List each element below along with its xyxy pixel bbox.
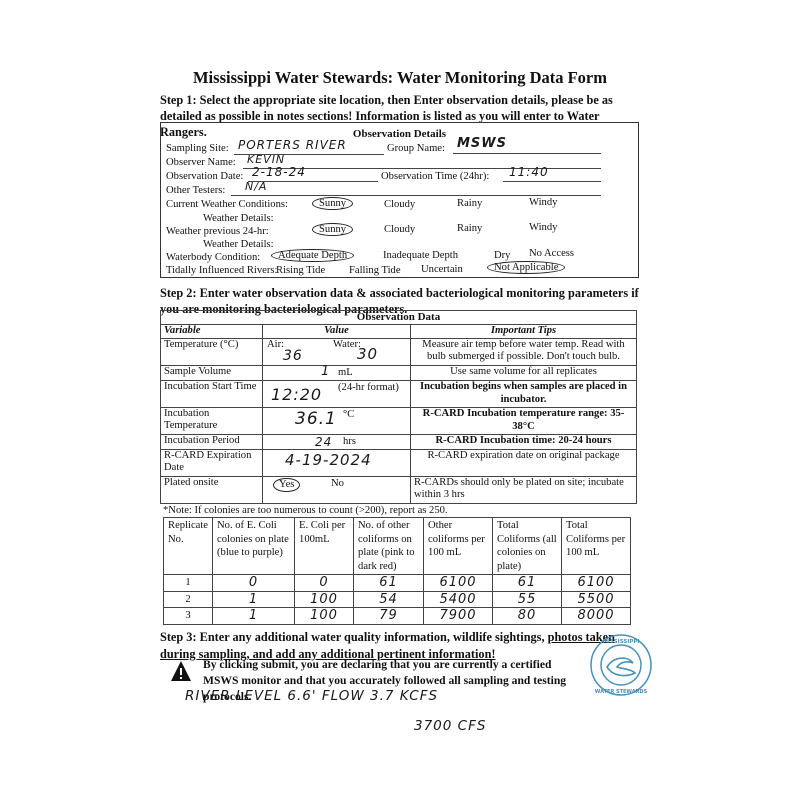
header-tips: Important Tips [411, 325, 637, 339]
prev-weather-cloudy[interactable]: Cloudy [384, 224, 415, 235]
rep-header-ecoli-colonies: No. of E. Coli colonies on plate (blue t… [213, 518, 295, 575]
rep-3-ecoli-colonies[interactable]: 1 [213, 608, 295, 625]
rep-3-total-per-100[interactable]: 8000 [562, 608, 631, 625]
group-name-field[interactable]: MSWS [453, 139, 601, 154]
waterbody-no-access[interactable]: No Access [529, 248, 574, 259]
rep-header-replicate: Replicate No. [164, 518, 213, 575]
expiration-label: R-CARD Expiration Date [161, 449, 263, 476]
plated-onsite-cell: Yes No [263, 476, 411, 503]
group-name-value: MSWS [457, 136, 507, 151]
logo-text-top: MISSISSIPPI [602, 639, 639, 645]
current-weather-windy[interactable]: Windy [529, 197, 557, 208]
incubation-start-cell[interactable]: 12:20 (24-hr format) [263, 380, 411, 407]
current-weather-rainy[interactable]: Rainy [457, 198, 482, 209]
rep-1-ecoli-per-100[interactable]: 0 [295, 575, 354, 592]
rep-2-total-per-100[interactable]: 5500 [562, 591, 631, 608]
prev-weather-rainy[interactable]: Rainy [457, 223, 482, 234]
incubation-period-tip: R-CARD Incubation time: 20-24 hours [411, 434, 637, 449]
rep-header-total-colonies: Total Coliforms (all colonies on plate) [493, 518, 562, 575]
incubation-temp-cell[interactable]: 36.1 °C [263, 407, 411, 434]
tidal-falling[interactable]: Falling Tide [349, 265, 401, 276]
other-testers-field[interactable]: N/A [231, 181, 601, 196]
observation-date-field[interactable]: 2-18-24 [248, 167, 378, 182]
notes-line-2[interactable]: 3700 CFS [414, 718, 486, 734]
plated-onsite-label: Plated onsite [161, 476, 263, 503]
incubation-start-unit: (24-hr format) [338, 382, 399, 395]
tidal-label: Tidally Influenced Rivers: [166, 265, 277, 276]
sampling-site-value: PORTERS RIVER [238, 138, 347, 152]
other-testers-label: Other Testers: [166, 185, 225, 196]
expiration-tip: R-CARD expiration date on original packa… [411, 449, 637, 476]
incubation-start-value: 12:20 [271, 389, 322, 402]
sample-volume-tip: Use same volume for all replicates [411, 365, 637, 380]
rep-1-ecoli-colonies[interactable]: 0 [213, 575, 295, 592]
air-label: Air: [267, 339, 284, 352]
incubation-period-value: 24 [315, 436, 332, 449]
rep-1-no: 1 [164, 575, 213, 592]
rep-header-other-colonies: No. of other coliforms on plate (pink to… [354, 518, 424, 575]
rep-1-other-colonies[interactable]: 61 [354, 575, 424, 592]
sample-volume-value: 1 [321, 366, 330, 379]
notes-line-1[interactable]: RIVER LEVEL 6.6' FLOW 3.7 KCFS [185, 688, 438, 704]
prev-weather-details-label: Weather Details: [203, 239, 274, 250]
tidal-not-applicable[interactable]: Not Applicable [487, 261, 565, 274]
rep-2-other-colonies[interactable]: 54 [354, 591, 424, 608]
prev-weather-sunny[interactable]: Sunny [312, 223, 353, 236]
incubation-period-unit: hrs [343, 436, 356, 449]
header-variable: Variable [161, 325, 263, 339]
incubation-temp-value: 36.1 [295, 413, 337, 426]
plated-onsite-tip: R-CARDs should only be plated on site; i… [411, 476, 637, 503]
incubation-start-tip: Incubation begins when samples are place… [411, 380, 637, 407]
rep-2-ecoli-colonies[interactable]: 1 [213, 591, 295, 608]
rep-3-ecoli-per-100[interactable]: 100 [295, 608, 354, 625]
other-testers-value: N/A [245, 180, 267, 193]
step3-text: Step 3: Enter any additional water quali… [160, 630, 548, 644]
logo-text-bottom: WATER STEWARDS [595, 689, 648, 695]
rep-2-total-colonies[interactable]: 55 [493, 591, 562, 608]
current-weather-cloudy[interactable]: Cloudy [384, 199, 415, 210]
observation-time-field[interactable]: 11:40 [503, 167, 601, 182]
plated-onsite-no[interactable]: No [331, 478, 344, 491]
sample-volume-label: Sample Volume [161, 365, 263, 380]
incubation-period-cell[interactable]: 24 hrs [263, 434, 411, 449]
replicate-row-3: 3 1 100 79 7900 80 8000 [164, 608, 631, 625]
warning-icon [170, 660, 192, 682]
rep-3-no: 3 [164, 608, 213, 625]
current-weather-details-label: Weather Details: [203, 213, 274, 224]
expiration-value: 4-19-2024 [285, 454, 372, 467]
rep-header-ecoli-per-100: E. Coli per 100mL [295, 518, 354, 575]
waterbody-adequate[interactable]: Adequate Depth [271, 249, 354, 262]
rep-2-no: 2 [164, 591, 213, 608]
rep-3-other-colonies[interactable]: 79 [354, 608, 424, 625]
mississippi-water-stewards-logo-icon: MISSISSIPPI WATER STEWARDS [589, 633, 653, 697]
observer-name-label: Observer Name: [166, 157, 236, 168]
incubation-start-label: Incubation Start Time [161, 380, 263, 407]
sampling-site-label: Sampling Site: [166, 143, 229, 154]
expiration-cell[interactable]: 4-19-2024 [263, 449, 411, 476]
incubation-period-label: Incubation Period [161, 434, 263, 449]
waterbody-inadequate[interactable]: Inadequate Depth [383, 250, 458, 261]
water-temp-value: 30 [357, 348, 378, 361]
colony-note: *Note: If colonies are too numerous to c… [163, 505, 448, 516]
temperature-value-cell[interactable]: Air: Water: 36 30 [263, 338, 411, 365]
sample-volume-cell[interactable]: 1 mL [263, 365, 411, 380]
prev-weather-windy[interactable]: Windy [529, 222, 557, 233]
current-weather-sunny[interactable]: Sunny [312, 197, 353, 210]
plated-onsite-yes[interactable]: Yes [273, 478, 300, 493]
prev-weather-label: Weather previous 24-hr: [166, 226, 269, 237]
replicate-table: Replicate No. No. of E. Coli colonies on… [163, 517, 631, 625]
sample-volume-unit: mL [338, 367, 353, 380]
incubation-temp-label: Incubation Temperature [161, 407, 263, 434]
rep-2-ecoli-per-100[interactable]: 100 [295, 591, 354, 608]
rep-2-other-per-100[interactable]: 5400 [424, 591, 493, 608]
temperature-label: Temperature (°C) [161, 338, 263, 365]
rep-3-total-colonies[interactable]: 80 [493, 608, 562, 625]
rep-3-other-per-100[interactable]: 7900 [424, 608, 493, 625]
rep-header-other-per-100: Other coliforms per 100 mL [424, 518, 493, 575]
rep-1-total-colonies[interactable]: 61 [493, 575, 562, 592]
temperature-tip: Measure air temp before water temp. Read… [411, 338, 637, 365]
incubation-temp-tip: R-CARD Incubation temperature range: 35-… [411, 407, 637, 434]
waterbody-label: Waterbody Condition: [166, 252, 260, 263]
replicate-row-1: 1 0 0 61 6100 61 6100 [164, 575, 631, 592]
current-weather-label: Current Weather Conditions: [166, 199, 288, 210]
replicate-row-2: 2 1 100 54 5400 55 5500 [164, 591, 631, 608]
observation-details-box: Observation Details Sampling Site: PORTE… [160, 122, 639, 278]
observation-time-value: 11:40 [509, 165, 549, 179]
rep-1-other-per-100[interactable]: 6100 [424, 575, 493, 592]
rep-header-total-per-100: Total Coliforms per 100 mL [562, 518, 631, 575]
air-temp-value: 36 [283, 350, 303, 363]
rep-1-total-per-100[interactable]: 6100 [562, 575, 631, 592]
observation-data-table: Observation Data Variable Value Importan… [160, 310, 637, 504]
form-title: Mississippi Water Stewards: Water Monito… [0, 68, 800, 88]
header-value: Value [263, 325, 411, 339]
observation-data-caption: Observation Data [161, 311, 637, 325]
tidal-rising[interactable]: Rising Tide [276, 265, 325, 276]
group-name-label: Group Name: [387, 143, 445, 154]
tidal-uncertain[interactable]: Uncertain [421, 264, 463, 275]
waterbody-dry[interactable]: Dry [494, 250, 510, 261]
observation-date-value: 2-18-24 [252, 165, 306, 179]
incubation-temp-unit: °C [343, 409, 354, 422]
